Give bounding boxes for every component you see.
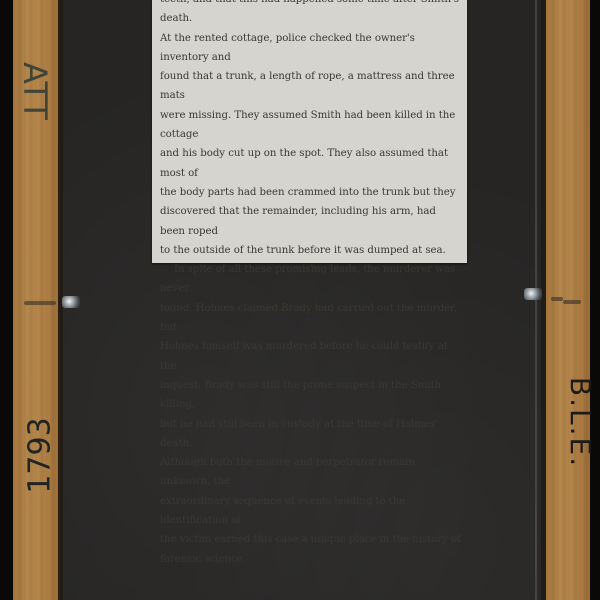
text-line: Holmes himself was murdered before he co… (160, 337, 462, 376)
screw-icon (524, 288, 542, 300)
text-line: teeth, and that this had happened some t… (160, 0, 462, 29)
pencil-mark (551, 297, 563, 301)
text-line: the body parts had been crammed into the… (160, 183, 462, 202)
excerpt-text: teeth, and that this had happened some t… (160, 0, 462, 569)
frame-outer-edge-left (0, 0, 13, 600)
screw-icon (62, 296, 80, 308)
text-line: found. Holmes claimed Brady had carried … (160, 299, 462, 338)
frame-outer-edge-right (590, 0, 600, 600)
printed-paper-excerpt: teeth, and that this had happened some t… (152, 0, 467, 263)
text-line: but he had still been in custody at the … (160, 415, 462, 454)
text-line: and his body cut up on the spot. They al… (160, 144, 462, 183)
text-line: Although both the motive and perpetrator… (160, 453, 462, 492)
handwritten-mark-left-top: ATT (16, 62, 54, 120)
text-line: the victim earned this case a unique pla… (160, 530, 462, 549)
handwritten-mark-right: B.L.E. (564, 377, 597, 468)
text-line: found that a trunk, a length of rope, a … (160, 67, 462, 106)
pencil-mark (24, 301, 56, 305)
text-line: At the rented cottage, police checked th… (160, 29, 462, 68)
board-edge-highlight (535, 0, 537, 600)
text-line: forensic science. (160, 550, 462, 569)
text-line: were missing. They assumed Smith had bee… (160, 106, 462, 145)
text-line: In spite of all these promising leads, t… (160, 260, 462, 299)
text-line: inquest. Brady was still the prime suspe… (160, 376, 462, 415)
handwritten-mark-left-bottom: 1793 (23, 417, 58, 493)
text-line: extraordinary sequence of events leading… (160, 492, 462, 531)
text-line: discovered that the remainder, including… (160, 202, 462, 241)
pencil-mark (563, 300, 581, 304)
text-line: to the outside of the trunk before it wa… (160, 241, 462, 260)
